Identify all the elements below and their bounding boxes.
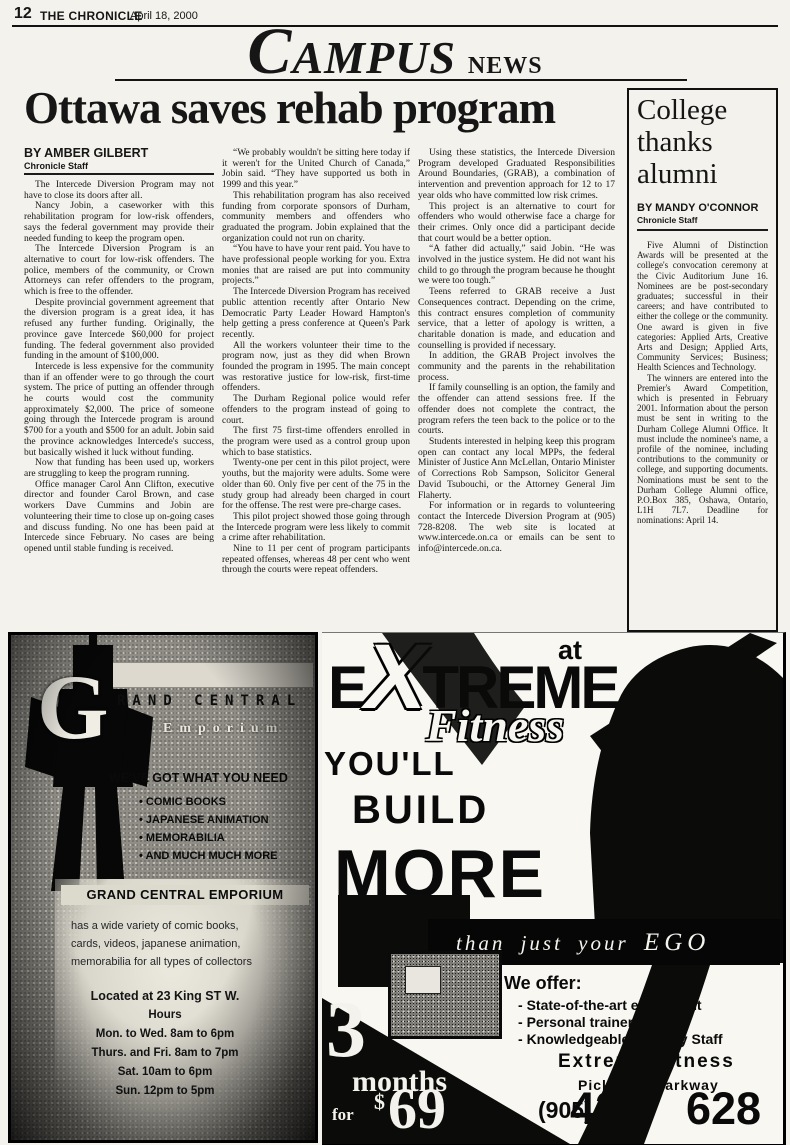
ad-hours-line: Mon. to Wed. 8am to 6pm (39, 1025, 291, 1044)
ad-description-line: memorabilia for all types of collectors (71, 953, 305, 971)
article-paragraph: In addition, the GRAB Project involves t… (418, 351, 615, 383)
section-masthead: CAMPUS NEWS (0, 26, 790, 84)
section-title: CAMPUS (247, 26, 456, 84)
article-paragraph: The Durham Regional police would refer o… (222, 394, 410, 426)
article-column-1: The Intercede Diversion Program may not … (24, 180, 214, 628)
sidebar-headline-line: alumni (637, 158, 768, 190)
grand-central-ad: G RAND CENTRAL Emporium WE'VE GOT WHAT Y… (8, 632, 318, 1143)
article-paragraph: Nine to 11 per cent of program participa… (222, 544, 410, 576)
byline-rule (24, 173, 214, 175)
issue-date: April 18, 2000 (130, 10, 198, 22)
sidebar-headline-line: College (637, 94, 768, 126)
article-paragraph: If family counselling is an option, the … (418, 383, 615, 437)
article-paragraph: Using these statistics, the Intercede Di… (418, 148, 615, 202)
sidebar-paragraph: The winners are entered into the Premier… (637, 373, 768, 526)
article-column-3: Using these statistics, the Intercede Di… (418, 148, 615, 628)
ad-hours-line: Sat. 10am to 6pm (39, 1063, 291, 1082)
article-paragraph: Twenty-one per cent in this pilot projec… (222, 458, 410, 512)
ad-hours-line: Sun. 12pm to 5pm (39, 1082, 291, 1101)
article-column-2: “We probably wouldn't be sitting here to… (222, 148, 410, 628)
article-paragraph: The first 75 first-time offenders enroll… (222, 426, 410, 458)
ad-description-line: cards, videos, japanese animation, (71, 935, 305, 953)
article-paragraph: This rehabilitation program has also rec… (222, 191, 410, 245)
article-paragraph: Students interested in helping keep this… (418, 437, 615, 501)
sidebar-paragraph: Five Alumni of Distinction Awards will b… (637, 240, 768, 373)
article-paragraph: The Intercede Diversion Program has rece… (222, 287, 410, 341)
article-paragraph: “You have to have your rent paid. You ha… (222, 244, 410, 287)
sidebar-headline-line: thanks (637, 126, 768, 158)
promo-for-word: for (332, 1105, 354, 1125)
ad-address: Located at 23 King ST W. (39, 987, 291, 1006)
publication-name: THE CHRONICLE (40, 9, 143, 23)
sidebar-body: Five Alumni of Distinction Awards will b… (637, 240, 768, 526)
article-paragraph: Teens referred to GRAB receive a Just Co… (418, 287, 615, 351)
ad-banner: GRAND CENTRAL EMPORIUM (61, 885, 309, 905)
article-paragraph: The Intercede Diversion Program is an al… (24, 244, 214, 298)
ad-bullet-list: COMIC BOOKSJAPANESE ANIMATIONMEMORABILIA… (139, 793, 278, 865)
article-paragraph: “We probably wouldn't be sitting here to… (222, 148, 410, 191)
ad-description-line: has a wide variety of comic books, (71, 917, 305, 935)
article-paragraph: Despite provincial government agreement … (24, 298, 214, 362)
article-paragraph: Office manager Carol Ann Clifton, execut… (24, 480, 214, 555)
promo-currency: $ (374, 1089, 385, 1115)
article-paragraph: Nancy Jobin, a caseworker with this reha… (24, 201, 214, 244)
ad-bullet-item: AND MUCH MUCH MORE (139, 847, 278, 865)
article-paragraph: This pilot project showed those going th… (222, 512, 410, 544)
ad-bullet-item: JAPANESE ANIMATION (139, 811, 278, 829)
ad-bullet-item: COMIC BOOKS (139, 793, 278, 811)
ad-description: has a wide variety of comic books,cards,… (71, 917, 305, 971)
sidebar-article: Collegethanksalumni BY MANDY O'CONNOR Ch… (627, 88, 778, 632)
sidebar-byline-role: Chronicle Staff (637, 215, 768, 225)
sidebar-byline-rule (637, 229, 768, 231)
article-paragraph: “A father did actually,” said Jobin. “He… (418, 244, 615, 287)
article-paragraph: For information or in regards to volunte… (418, 501, 615, 555)
extreme-fitness-ad: at EXTREME YOU'LL BUILD MORE than just y… (322, 632, 786, 1145)
article-paragraph: Intercede is less expensive for the comm… (24, 362, 214, 458)
ad-info-block: Located at 23 King ST W. Hours Mon. to W… (39, 987, 291, 1101)
ad-store-name: RAND CENTRAL (117, 693, 302, 709)
newspaper-page: 12 THE CHRONICLE April 18, 2000 CAMPUS N… (0, 0, 790, 1145)
article-paragraph: Now that funding has been used up, worke… (24, 458, 214, 479)
article-paragraph: This project is an alternative to court … (418, 202, 615, 245)
promo-price: 69 (388, 1075, 446, 1142)
ad-initial-letter: G (37, 661, 109, 753)
page-number: 12 (14, 5, 32, 23)
ad-bullet-item: MEMORABILIA (139, 829, 278, 847)
ad-hours-line: Thurs. and Fri. 8am to 7pm (39, 1044, 291, 1063)
main-byline-role: Chronicle Staff (24, 161, 88, 171)
section-subtitle: NEWS (468, 53, 543, 80)
sidebar-headline: Collegethanksalumni (637, 94, 768, 190)
ad-store-name-script: Emporium (163, 721, 284, 737)
promo-number: 3 (326, 985, 366, 1076)
ad-hook-line: WE'VE GOT WHAT YOU NEED (109, 771, 288, 785)
main-byline: BY AMBER GILBERT (24, 146, 148, 160)
article-paragraph: The Intercede Diversion Program may not … (24, 180, 214, 201)
ad-hours-label: Hours (39, 1006, 291, 1025)
ad-hours-list: Mon. to Wed. 8am to 6pmThurs. and Fri. 8… (39, 1025, 291, 1101)
sidebar-byline: BY MANDY O'CONNOR (637, 202, 768, 214)
article-paragraph: All the workers volunteer their time to … (222, 341, 410, 395)
main-headline: Ottawa saves rehab program (24, 82, 624, 134)
